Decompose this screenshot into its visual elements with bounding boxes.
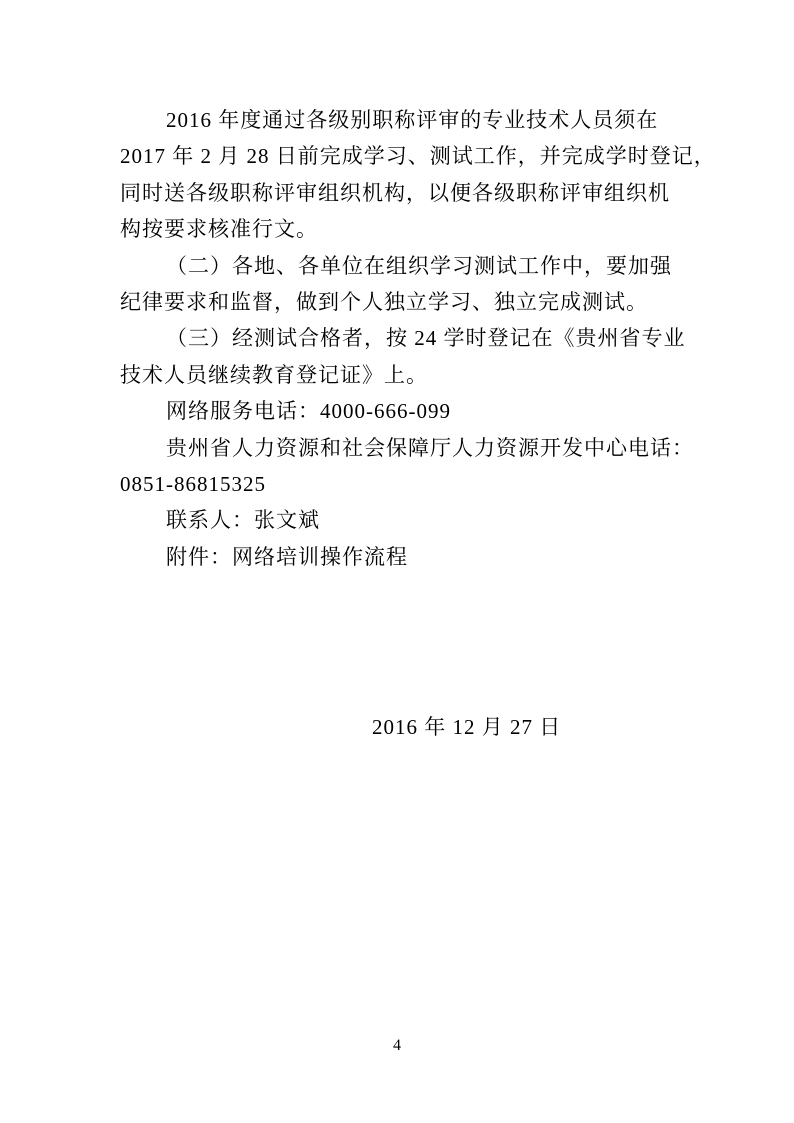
service-phone-line: 网络服务电话：4000-666-099 (120, 393, 680, 429)
date-line: 2016 年 12 月 27 日 (120, 709, 680, 745)
document-page: 2016 年度通过各级别职称评审的专业技术人员须在 2017 年 2 月 28 … (0, 0, 794, 1123)
paragraph-line: （三）经测试合格者，按 24 学时登记在《贵州省专业 (120, 320, 680, 356)
paragraph-line: 纪律要求和监督，做到个人独立学习、独立完成测试。 (120, 284, 680, 320)
paragraph-line: 技术人员继续教育登记证》上。 (120, 357, 680, 393)
paragraph-line: 2017 年 2 月 28 日前完成学习、测试工作，并完成学时登记， (120, 138, 680, 174)
paragraph-line: 2016 年度通过各级别职称评审的专业技术人员须在 (120, 102, 680, 138)
contact-person-line: 联系人：张文斌 (120, 502, 680, 538)
paragraph-line: 构按要求核准行文。 (120, 211, 680, 247)
page-number: 4 (0, 1036, 794, 1056)
attachment-line: 附件：网络培训操作流程 (120, 539, 680, 575)
phone-number-line: 0851-86815325 (120, 466, 680, 502)
document-body: 2016 年度通过各级别职称评审的专业技术人员须在 2017 年 2 月 28 … (120, 102, 680, 746)
paragraph-line: （二）各地、各单位在组织学习测试工作中，要加强 (120, 248, 680, 284)
paragraph-line: 同时送各级职称评审组织机构，以便各级职称评审组织机 (120, 175, 680, 211)
center-phone-line: 贵州省人力资源和社会保障厅人力资源开发中心电话： (120, 430, 680, 466)
